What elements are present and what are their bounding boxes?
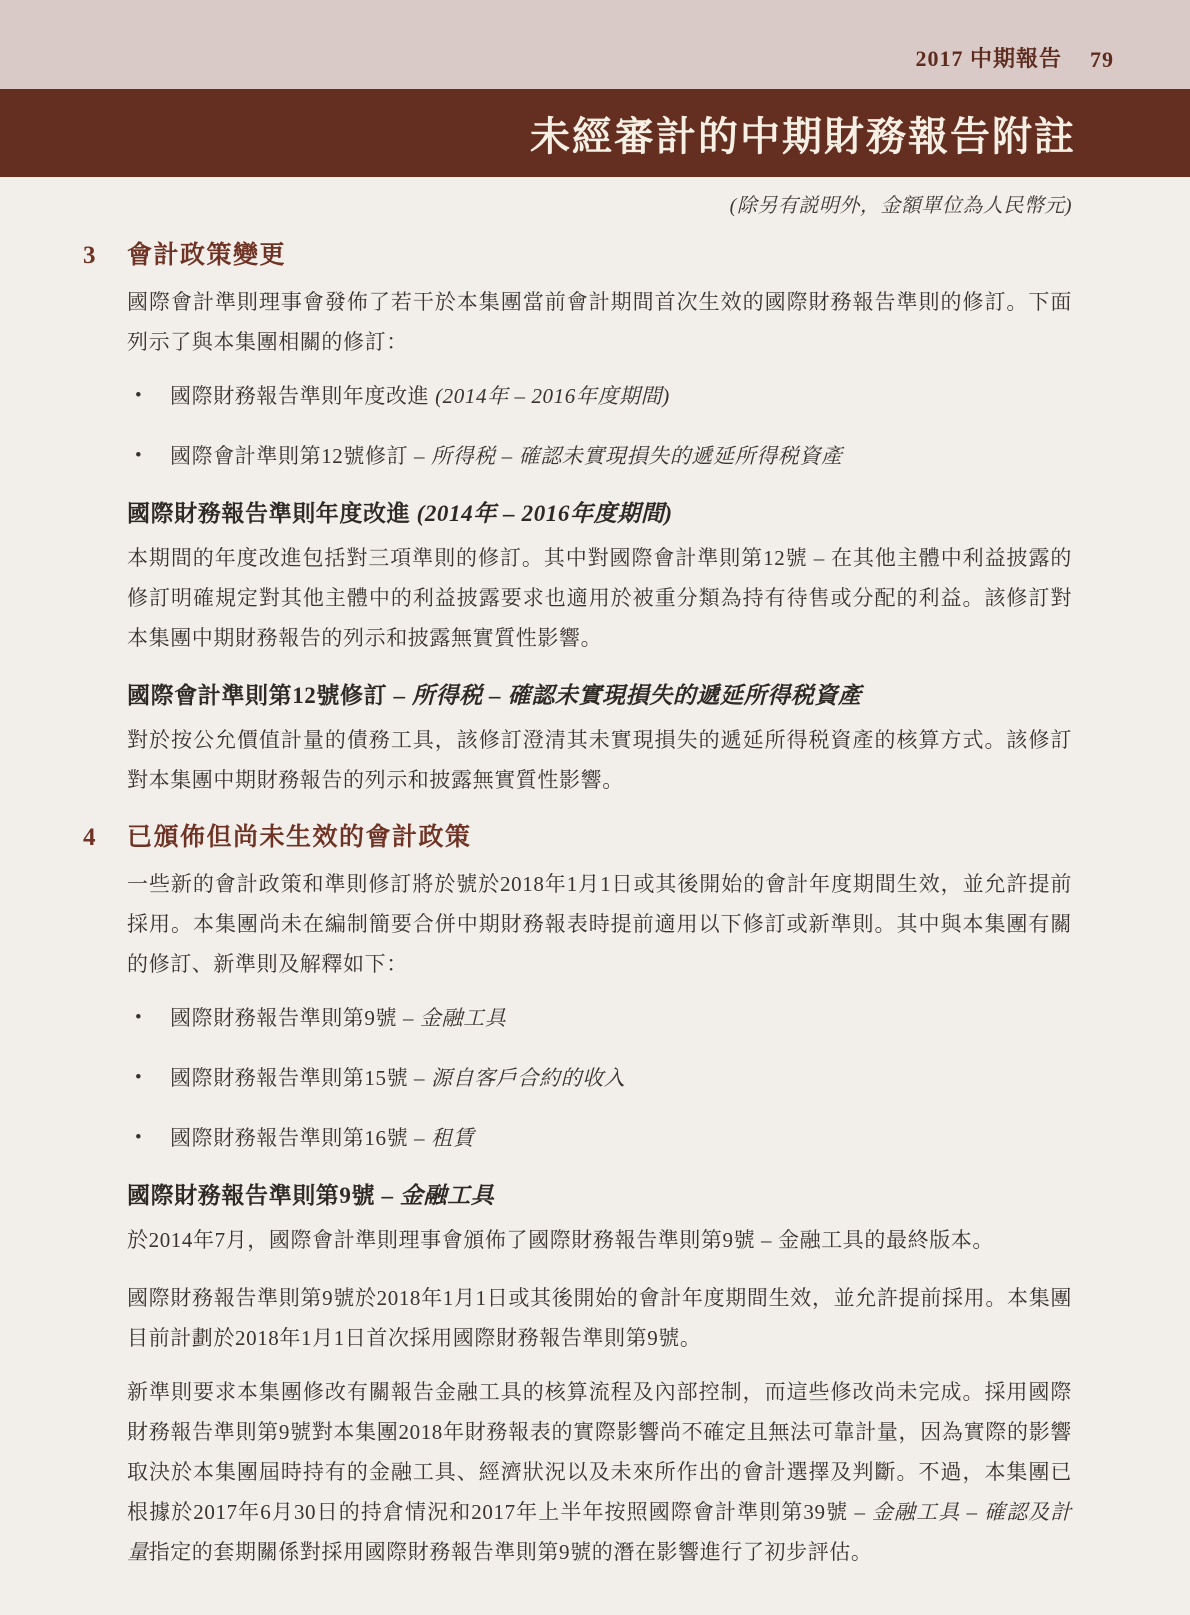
bullet-text: 國際財務報告準則第16號 – 租賃 — [170, 1118, 1072, 1158]
subsection-heading: 國際會計準則第12號修訂 – 所得税 – 確認未實現損失的遞延所得税資產 — [127, 680, 1072, 712]
bullet-icon: • — [127, 998, 170, 1038]
title-band: 未經審計的中期財務報告附註 — [0, 89, 1190, 177]
text-run: 國際財務報告準則第9號於2018年1月1日或其後開始的會計年度期間生效，並允許提… — [127, 1286, 1072, 1350]
bullet-icon: • — [127, 376, 170, 416]
text-run: 於2014年7月，國際會計準則理事會頒佈了國際財務報告準則第9號 – 金融工具的… — [127, 1228, 994, 1252]
subsection-heading: 國際財務報告準則第9號 – 金融工具 — [127, 1180, 1072, 1212]
text-run: 一些新的會計政策和準則修訂將於號於2018年1月1日或其後開始的會計年度期間生效… — [127, 872, 1072, 976]
text-run: 國際財務報告準則第9號 – — [170, 1006, 420, 1030]
document-title: 未經審計的中期財務報告附註 — [530, 105, 1076, 162]
paragraph: 本期間的年度改進包括對三項準則的修訂。其中對國際會計準則第12號 – 在其他主體… — [127, 538, 1072, 658]
section-number: 3 — [83, 240, 127, 272]
paragraph: 新準則要求本集團修改有關報告金融工具的核算流程及內部控制，而這些修改尚未完成。採… — [127, 1372, 1072, 1572]
currency-note: (除另有説明外，金額單位為人民幣元) — [0, 189, 1190, 218]
text-run: 國際財務報告準則第16號 – — [170, 1126, 431, 1150]
italic-run: 金融工具 — [420, 1006, 506, 1030]
section-4-body: 一些新的會計政策和準則修訂將於號於2018年1月1日或其後開始的會計年度期間生效… — [127, 864, 1072, 1572]
bullet-text: 國際財務報告準則第15號 – 源自客戶合約的收入 — [170, 1058, 1072, 1098]
report-title: 2017 中期報告 — [915, 42, 1062, 73]
bullet-item: • 國際會計準則第12號修訂 – 所得税 – 確認未實現損失的遞延所得税資產 — [127, 436, 1072, 476]
bullet-icon: • — [127, 436, 170, 476]
paragraph: 國際財務報告準則第9號於2018年1月1日或其後開始的會計年度期間生效，並允許提… — [127, 1278, 1072, 1358]
page-header-band: 2017 中期報告 79 — [0, 0, 1190, 89]
italic-run: (2014年 – 2016年度期間) — [435, 384, 670, 408]
bullet-item: • 國際財務報告準則第15號 – 源自客戶合約的收入 — [127, 1058, 1072, 1098]
bullet-icon: • — [127, 1058, 170, 1098]
text-run: 對於按公允價值計量的債務工具，該修訂澄清其未實現損失的遞延所得税資產的核算方式。… — [127, 728, 1072, 792]
section-3-body: 國際會計準則理事會發佈了若干於本集團當前會計期間首次生效的國際財務報告準則的修訂… — [127, 282, 1072, 800]
text-run: 國際會計準則第12號修訂 – — [170, 444, 431, 468]
text-run: 國際會計準則第12號修訂 – — [127, 683, 412, 708]
bullet-text: 國際會計準則第12號修訂 – 所得税 – 確認未實現損失的遞延所得税資產 — [170, 436, 1072, 476]
text-run: 國際會計準則理事會發佈了若干於本集團當前會計期間首次生效的國際財務報告準則的修訂… — [127, 290, 1072, 354]
bullet-text: 國際財務報告準則年度改進 (2014年 – 2016年度期間) — [170, 376, 1072, 416]
bullet-icon: • — [127, 1118, 170, 1158]
subsection-heading: 國際財務報告準則年度改進 (2014年 – 2016年度期間) — [127, 498, 1072, 530]
text-run: 本期間的年度改進包括對三項準則的修訂。其中對國際會計準則第12號 – 在其他主體… — [127, 546, 1072, 650]
italic-run: 所得税 – 確認未實現損失的遞延所得税資產 — [431, 444, 843, 468]
section-number: 4 — [83, 822, 127, 854]
section-heading-4: 4 已頒佈但尚未生效的會計政策 — [83, 822, 1190, 854]
page-number: 79 — [1090, 47, 1114, 73]
text-run: 指定的套期關係對採用國際財務報告準則第9號的潛在影響進行了初步評估。 — [149, 1540, 873, 1564]
paragraph: 對於按公允價值計量的債務工具，該修訂澄清其未實現損失的遞延所得税資產的核算方式。… — [127, 720, 1072, 800]
italic-run: 金融工具 — [400, 1183, 494, 1208]
section-title: 已頒佈但尚未生效的會計政策 — [127, 822, 472, 854]
report-page: 2017 中期報告 79 未經審計的中期財務報告附註 (除另有説明外，金額單位為… — [0, 0, 1190, 1615]
bullet-item: • 國際財務報告準則第9號 – 金融工具 — [127, 998, 1072, 1038]
section-title: 會計政策變更 — [127, 240, 286, 272]
text-run: 國際財務報告準則年度改進 — [170, 384, 435, 408]
paragraph: 於2014年7月，國際會計準則理事會頒佈了國際財務報告準則第9號 – 金融工具的… — [127, 1220, 1072, 1260]
italic-run: 源自客戶合約的收入 — [431, 1066, 625, 1090]
text-run: 國際財務報告準則第9號 – — [127, 1183, 400, 1208]
bullet-item: • 國際財務報告準則年度改進 (2014年 – 2016年度期間) — [127, 376, 1072, 416]
section-heading-3: 3 會計政策變更 — [83, 240, 1190, 272]
text-run: 國際財務報告準則年度改進 — [127, 501, 417, 526]
bullet-item: • 國際財務報告準則第16號 – 租賃 — [127, 1118, 1072, 1158]
bullet-text: 國際財務報告準則第9號 – 金融工具 — [170, 998, 1072, 1038]
italic-run: 租賃 — [431, 1126, 474, 1150]
italic-run: (2014年 – 2016年度期間) — [417, 501, 673, 526]
document-body: 3 會計政策變更 國際會計準則理事會發佈了若干於本集團當前會計期間首次生效的國際… — [0, 240, 1190, 1572]
italic-run: 所得税 – 確認未實現損失的遞延所得税資產 — [412, 683, 862, 708]
text-run: 國際財務報告準則第15號 – — [170, 1066, 431, 1090]
paragraph: 一些新的會計政策和準則修訂將於號於2018年1月1日或其後開始的會計年度期間生效… — [127, 864, 1072, 984]
paragraph: 國際會計準則理事會發佈了若干於本集團當前會計期間首次生效的國際財務報告準則的修訂… — [127, 282, 1072, 362]
